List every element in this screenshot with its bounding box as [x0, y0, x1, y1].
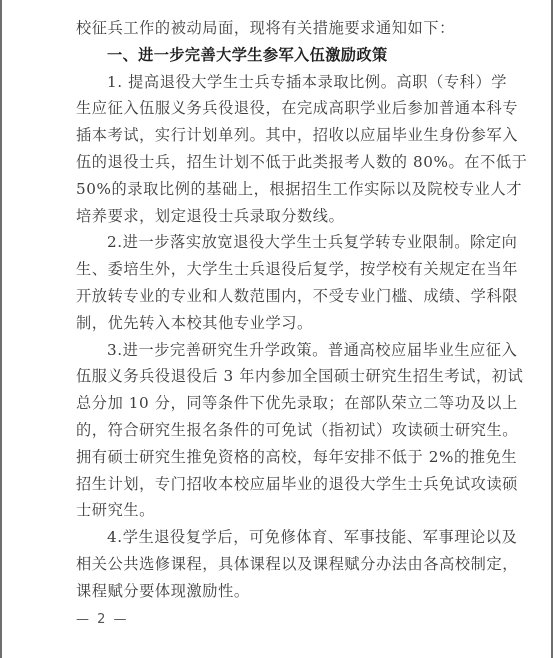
paragraph-line: 插本考试，实行计划单列。其中，招收以应届毕业生身份参军入	[76, 122, 506, 149]
paragraph-line: 伍的退役士兵，招生计划不低于此类报考人数的 80%。在不低于	[76, 149, 506, 176]
intro-line: 校征兵工作的被动局面，现将有关措施要求通知如下：	[76, 15, 506, 42]
paragraph-line: 制，优先转入本校其他专业学习。	[76, 310, 506, 337]
paragraph-line: 4.学生退役复学后，可免修体育、军事技能、军事理论以及	[76, 524, 506, 551]
paragraph-line: 2.进一步落实放宽退役大学生士兵复学转专业限制。除定向	[76, 229, 506, 256]
paragraph-line: 1. 提高退役大学生士兵专插本录取比例。高职（专科）学	[76, 69, 506, 96]
paragraph-line: 生、委培生外，大学生士兵退役后复学，按学校有关规定在当年	[76, 256, 506, 283]
paragraph-line: 招生计划，专门招收本校应届毕业的退役大学生士兵免试攻读硕	[76, 471, 506, 498]
paragraph-line: 伍服义务兵役退役后 3 年内参加全国硕士研究生招生考试，初试	[76, 363, 506, 390]
paragraph-line: 士研究生。	[76, 497, 506, 524]
paragraph-line: 相关公共选修课程，具体课程以及课程赋分办法由各高校制定，	[76, 551, 506, 578]
paragraph-line: 3.进一步完善研究生升学政策。普通高校应届毕业生应征入	[76, 337, 506, 364]
paragraph-line: 课程赋分要体现激励性。	[76, 578, 506, 605]
paragraph-line: 总分加 10 分，同等条件下优先录取；在部队荣立二等功及以上	[76, 390, 506, 417]
paragraph-line: 50%的录取比例的基础上，根据招生工作实际以及院校专业人才	[76, 176, 506, 203]
paragraph-line: 生应征入伍服义务兵役退役，在完成高职学业后参加普通本科专	[76, 95, 506, 122]
paragraph-line: 的，符合研究生报名条件的可免试（指初试）攻读硕士研究生。	[76, 417, 506, 444]
page-number: — 2 —	[76, 612, 129, 627]
document-page: 校征兵工作的被动局面，现将有关措施要求通知如下： 一、进一步完善大学生参军入伍激…	[76, 15, 506, 605]
paragraph-line: 拥有硕士研究生推免资格的高校，每年安排不低于 2%的推免生	[76, 444, 506, 471]
section-heading: 一、进一步完善大学生参军入伍激励政策	[76, 42, 506, 69]
paragraph-line: 开放转专业的专业和人数范围内，不受专业门槛、成绩、学科限	[76, 283, 506, 310]
paragraph-line: 培养要求，划定退役士兵录取分数线。	[76, 203, 506, 230]
left-border	[0, 0, 2, 658]
